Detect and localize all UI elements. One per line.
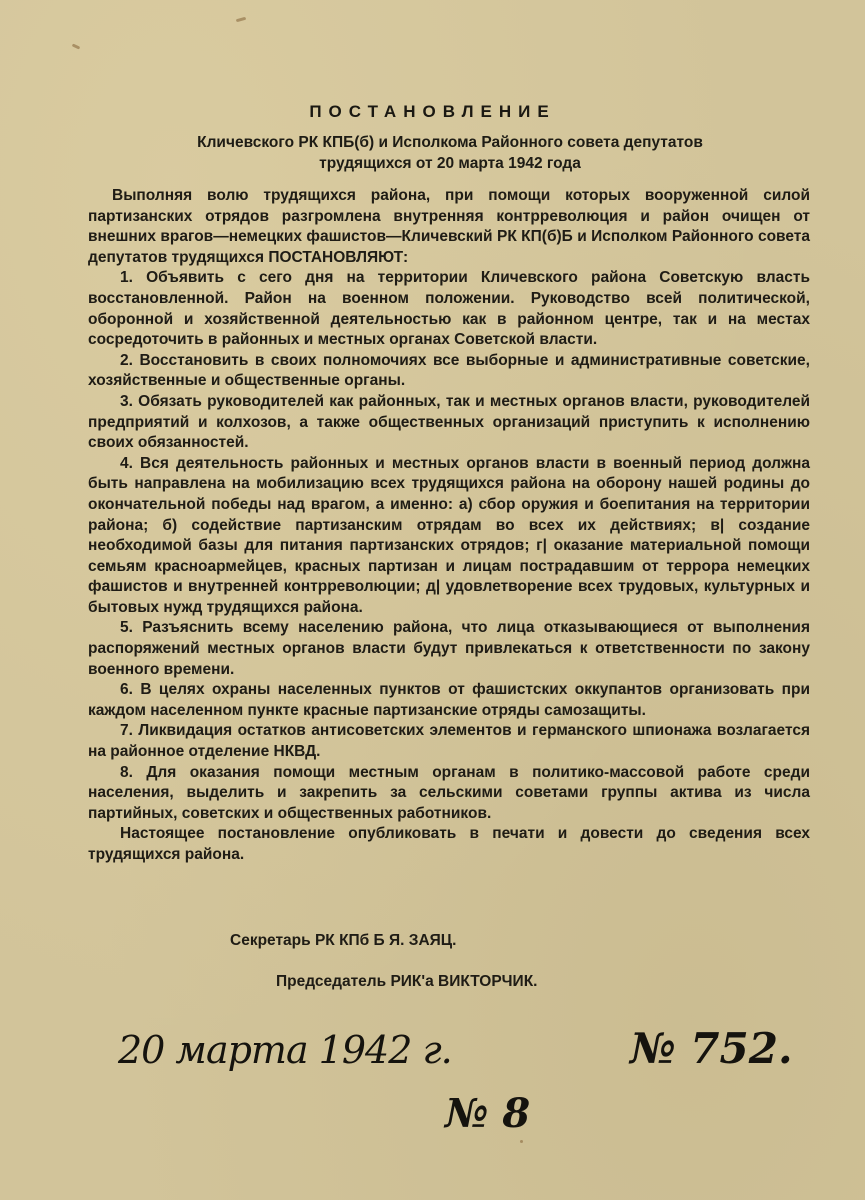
resolution-point-7: 7. Ликвидация остатков антисоветских эле… bbox=[88, 721, 810, 762]
document-subtitle: Кличевского РК КПБ(б) и Исполкома Районн… bbox=[100, 132, 800, 174]
preamble-paragraph: Выполняя волю трудящихся района, при пом… bbox=[88, 186, 810, 268]
resolution-point-5: 5. Разъяснить всему населению района, чт… bbox=[88, 618, 810, 680]
document-page: ПОСТАНОВЛЕНИЕ Кличевского РК КПБ(б) и Ис… bbox=[0, 0, 865, 1200]
resolution-point-2: 2. Восстановить в своих полномочиях все … bbox=[88, 351, 810, 392]
handwritten-document-number: № 752. bbox=[630, 1024, 793, 1073]
signature-secretary: Секретарь РК КПб Б Я. ЗАЯЦ. bbox=[230, 932, 456, 950]
resolution-point-6: 6. В целях охраны населенных пунктов от … bbox=[88, 680, 810, 721]
closing-paragraph: Настоящее постановление опубликовать в п… bbox=[88, 824, 810, 865]
subtitle-line-1: Кличевского РК КПБ(б) и Исполкома Районн… bbox=[100, 132, 800, 153]
resolution-point-8: 8. Для оказания помощи местным органам в… bbox=[88, 763, 810, 825]
paper-speck bbox=[72, 43, 81, 49]
paper-speck bbox=[236, 17, 246, 22]
resolution-point-4: 4. Вся деятельность районных и местных о… bbox=[88, 454, 810, 619]
resolution-point-1: 1. Объявить с сего дня на территории Кли… bbox=[88, 268, 810, 350]
resolution-point-3: 3. Обязать руководителей как районных, т… bbox=[88, 392, 810, 454]
document-body: Выполняя волю трудящихся района, при пом… bbox=[88, 186, 810, 866]
handwritten-sheet-number: № 8 bbox=[445, 1090, 530, 1137]
handwritten-date: 20 марта 1942 г. bbox=[118, 1028, 452, 1072]
signature-chairman: Председатель РИК'а ВИКТОРЧИК. bbox=[276, 973, 537, 991]
document-title: ПОСТАНОВЛЕНИЕ bbox=[0, 102, 865, 122]
paper-speck bbox=[520, 1140, 523, 1143]
subtitle-line-2: трудящихся от 20 марта 1942 года bbox=[100, 153, 800, 174]
